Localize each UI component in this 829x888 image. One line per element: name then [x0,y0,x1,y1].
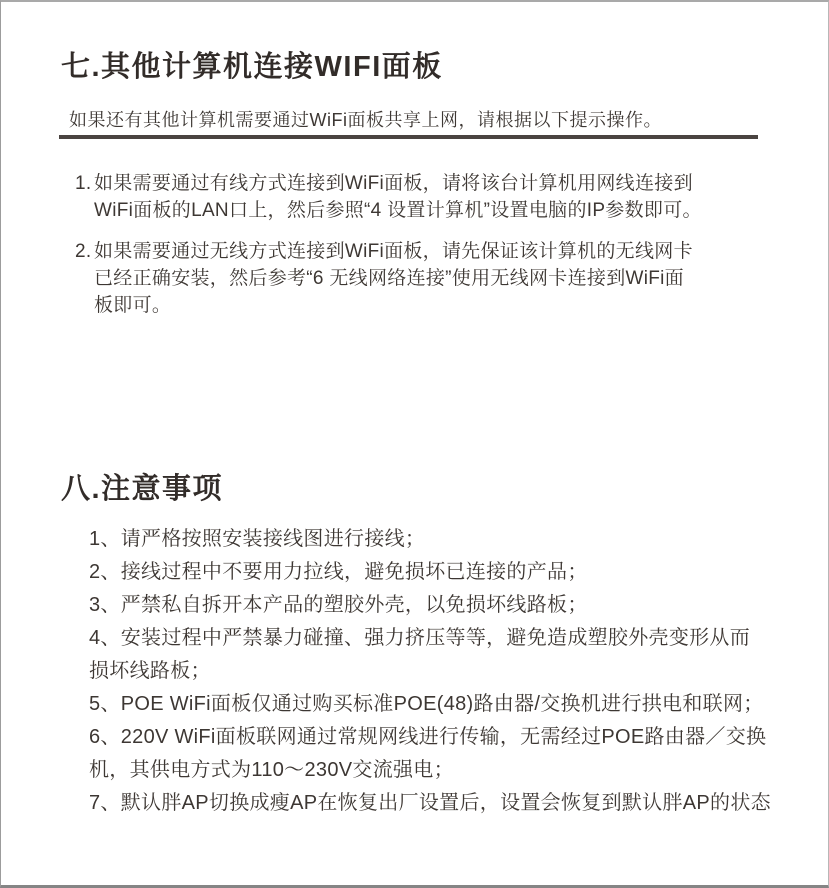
section7-intro-text: 如果还有其他计算机需要通过WiFi面板共享上网，请根据以下提示操作。 [69,106,662,132]
section7-list-item-1: 1. 如果需要通过有线方式连接到WiFi面板，请将该台计算机用网线连接到 WiF… [94,170,702,224]
list-item-line: WiFi面板的LAN口上，然后参照“4 设置计算机”设置电脑的IP参数即可。 [94,197,702,224]
list-item-line: 已经正确安装，然后参考“6 无线网络连接”使用无线网卡连接到WiFi面 [94,265,693,292]
list-item-line: 如果需要通过有线方式连接到WiFi面板，请将该台计算机用网线连接到 [94,170,702,197]
notes-line: 6、220V WiFi面板联网通过常规网线进行传输，无需经过POE路由器／交换 [89,721,771,754]
section8-notes-list: 1、请严格按照安装接线图进行接线； 2、接线过程中不要用力拉线，避免损坏已连接的… [89,523,771,820]
section7-title: 七.其他计算机连接WIFI面板 [61,44,443,85]
notes-line: 损坏线路板； [89,655,771,688]
list-item-line: 如果需要通过无线方式连接到WiFi面板，请先保证该计算机的无线网卡 [94,238,693,265]
list-item-line: 板即可。 [94,292,693,319]
notes-line: 2、接线过程中不要用力拉线，避免损坏已连接的产品； [89,556,771,589]
manual-page: 七.其他计算机连接WIFI面板 如果还有其他计算机需要通过WiFi面板共享上网，… [0,0,829,888]
notes-line: 3、严禁私自拆开本产品的塑胶外壳，以免损坏线路板； [89,589,771,622]
notes-line: 5、POE WiFi面板仅通过购买标准POE(48)路由器/交换机进行拱电和联网… [89,688,771,721]
notes-line: 7、默认胖AP切换成瘦AP在恢复出厂设置后，设置会恢复到默认胖AP的状态 [89,787,771,820]
intro-underline-divider [59,135,758,139]
notes-line: 机，其供电方式为110～230V交流强电； [89,754,771,787]
section7-list-item-2: 2. 如果需要通过无线方式连接到WiFi面板，请先保证该计算机的无线网卡 已经正… [94,238,693,319]
notes-line: 1、请严格按照安装接线图进行接线； [89,523,771,556]
section8-title: 八.注意事项 [61,466,223,507]
notes-line: 4、安装过程中严禁暴力碰撞、强力挤压等等，避免造成塑胶外壳变形从而 [89,622,771,655]
list-item-number: 2. [75,238,91,265]
list-item-number: 1. [75,170,91,197]
